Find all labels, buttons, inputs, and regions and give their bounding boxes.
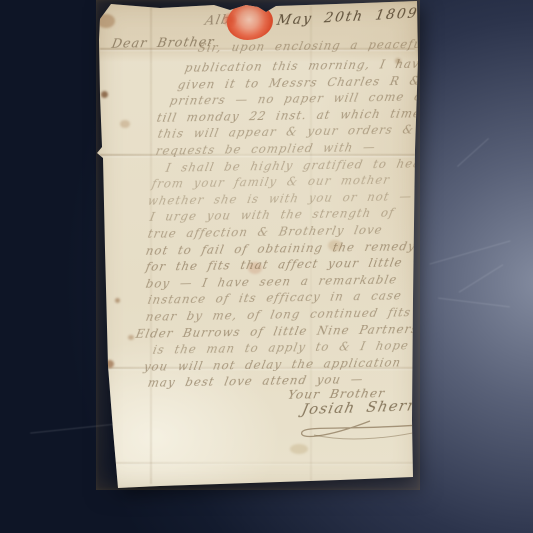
paper-edge-vignette (96, 0, 420, 490)
photo-background: Alb May 20th 1809 Dear Brother Sir, upon… (0, 0, 533, 533)
letter-paper: Alb May 20th 1809 Dear Brother Sir, upon… (0, 0, 533, 533)
